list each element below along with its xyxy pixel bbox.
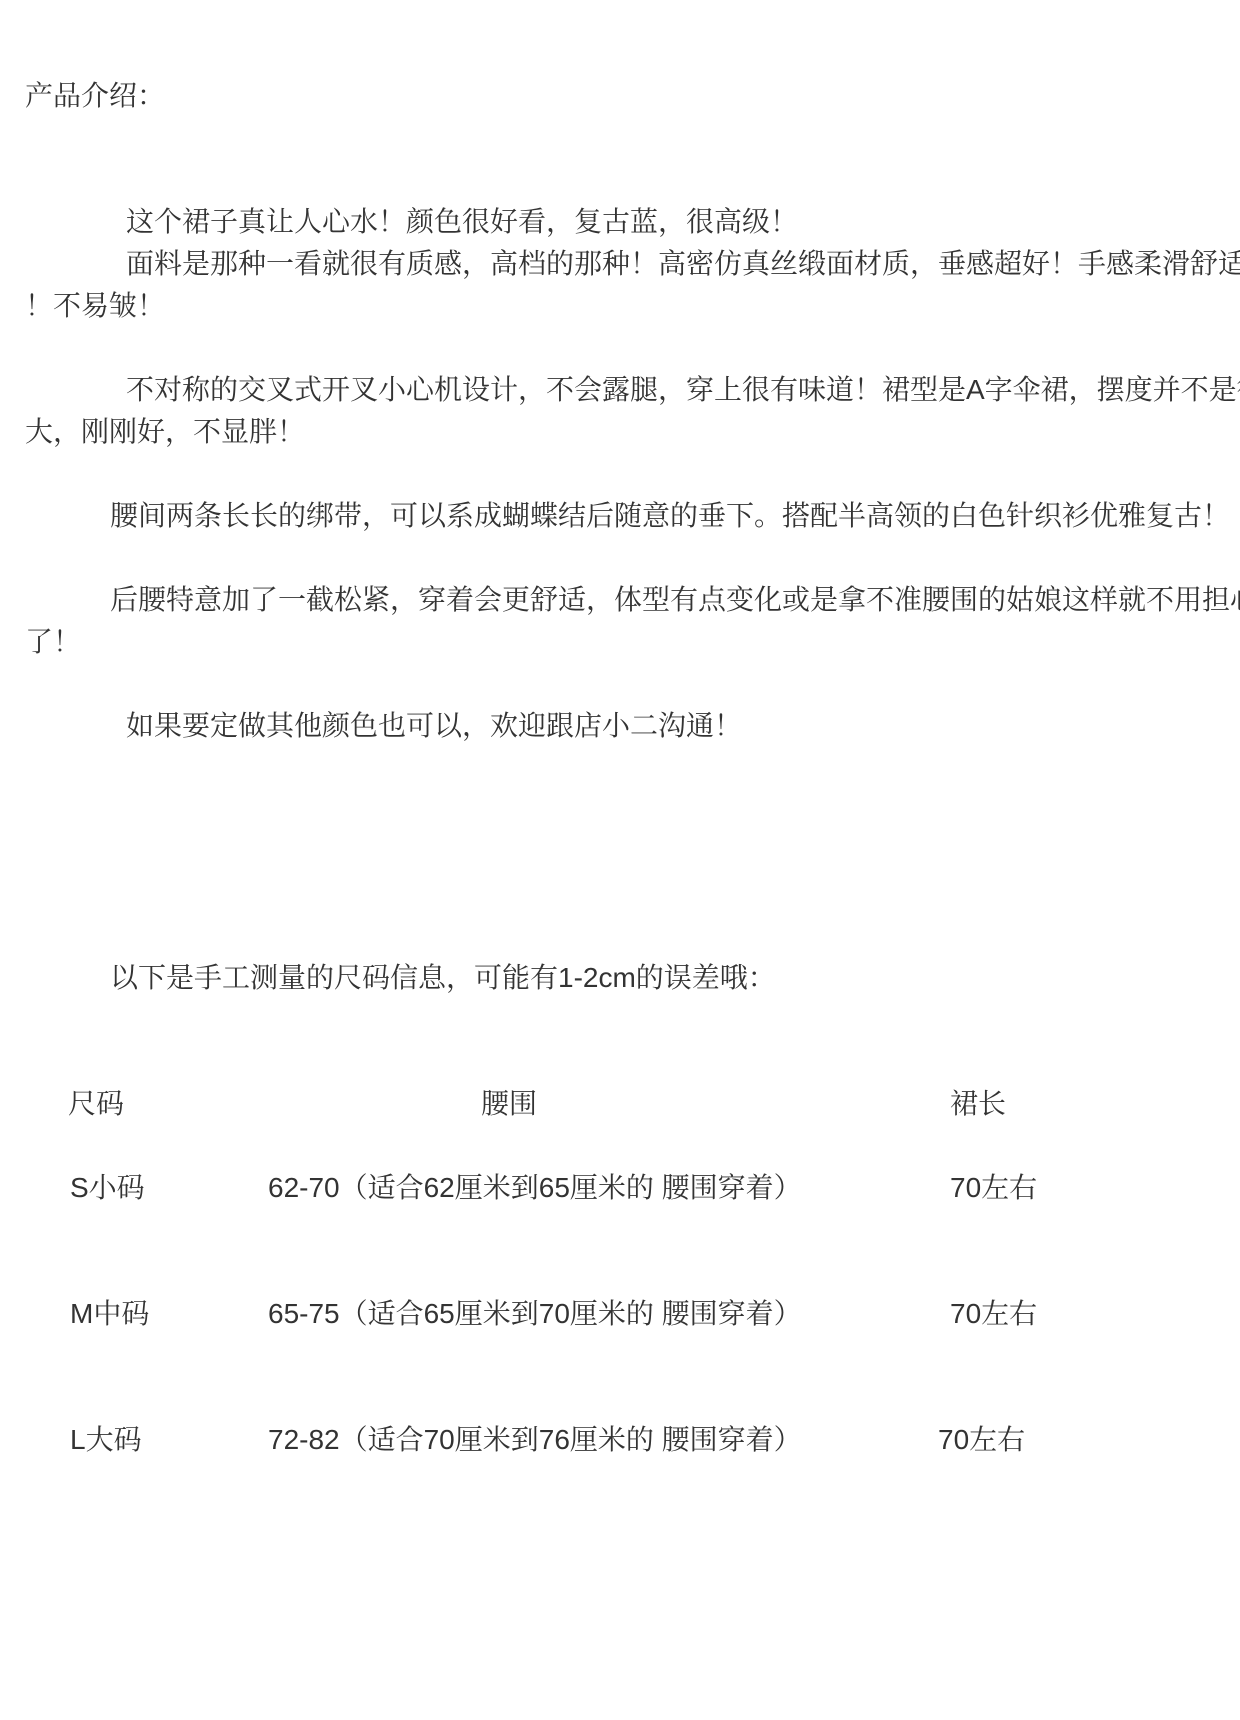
description-line: 腰间两条长长的绑带，可以系成蝴蝶结后随意的垂下。搭配半高领的白色针织衫优雅复古！ (110, 495, 1230, 537)
description-line: 这个裙子真让人心水！颜色很好看，复古蓝，很高级！ (126, 201, 798, 243)
size-table-row-s-size: S小码 (70, 1167, 145, 1209)
size-table-header-size: 尺码 (68, 1083, 124, 1125)
size-table-header-length: 裙长 (950, 1083, 1006, 1125)
size-table-row-m-size: M中码 (70, 1293, 149, 1335)
size-table-row-l-length: 70左右 (938, 1419, 1025, 1461)
description-line: 后腰特意加了一截松紧，穿着会更舒适，体型有点变化或是拿不准腰围的姑娘这样就不用担… (110, 579, 1240, 621)
size-table-row-s-length: 70左右 (950, 1167, 1037, 1209)
description-line: 大，刚刚好，不显胖！ (25, 411, 305, 453)
size-table-header-waist: 腰围 (481, 1083, 537, 1125)
size-table-row-s-waist: 62-70（适合62厘米到65厘米的 腰围穿着） (268, 1167, 802, 1209)
size-table-row-l-size: L大码 (70, 1419, 142, 1461)
description-line: 了！ (25, 621, 81, 663)
size-table-row-m-length: 70左右 (950, 1293, 1037, 1335)
size-note: 以下是手工测量的尺码信息，可能有1-2cm的误差哦： (110, 957, 776, 999)
section-heading: 产品介绍： (25, 75, 165, 117)
size-table-row-l-waist: 72-82（适合70厘米到76厘米的 腰围穿着） (268, 1419, 802, 1461)
product-description-page: 产品介绍： 这个裙子真让人心水！颜色很好看，复古蓝，很高级！ 面料是那种一看就很… (0, 0, 1240, 1720)
size-table-row-m-waist: 65-75（适合65厘米到70厘米的 腰围穿着） (268, 1293, 802, 1335)
description-line: ！不易皱！ (25, 285, 165, 327)
description-line: 面料是那种一看就很有质感，高档的那种！高密仿真丝缎面材质，垂感超好！手感柔滑舒适 (126, 243, 1240, 285)
description-line: 如果要定做其他颜色也可以，欢迎跟店小二沟通！ (126, 705, 742, 747)
description-line: 不对称的交叉式开叉小心机设计，不会露腿，穿上很有味道！裙型是A字伞裙，摆度并不是… (126, 369, 1240, 411)
